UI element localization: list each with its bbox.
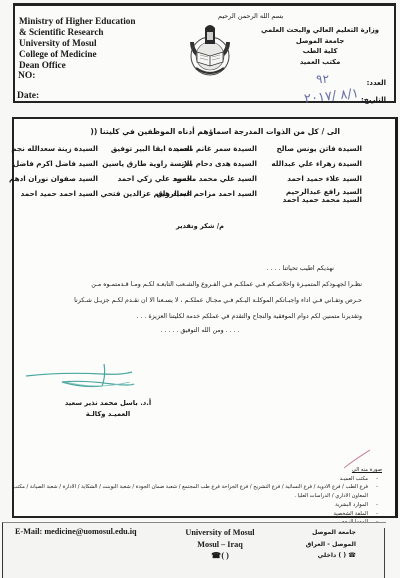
ministry-en-2: & Scientific Research bbox=[19, 27, 135, 38]
names-column-4: السيدة زينة سعدالله نجم السيد فاضل اكرم … bbox=[9, 141, 98, 201]
number-label-ar: العدد: bbox=[367, 79, 386, 87]
signature-block: أ.د. باسل محمد نذير سعيد العميـد وكالـة bbox=[60, 398, 156, 420]
paragraph-line: حـرص وتفـاني فـي اداء واجبـاتكم الموكلـة… bbox=[7, 293, 362, 309]
footer-phone-en: ☎( ) bbox=[175, 550, 265, 562]
letter-subject: م/ شكر وتقدير bbox=[0, 222, 400, 230]
ministry-en: Ministry of Higher Education bbox=[19, 16, 135, 27]
arabic-letterhead: وزارة التعليم العالي والبحث العلمي جامعة… bbox=[261, 25, 379, 67]
employee-name: السيد صفوان نوران ادهم bbox=[9, 171, 98, 186]
paragraph-line: نظـرا لجهـودكم المتميـزة واخلاصـكم فـي ع… bbox=[7, 277, 362, 293]
copy-to-list: صورة منه الى مكتب العميـد فرع الطب / فرع… bbox=[2, 466, 382, 527]
date-label-ar: التاريخ: bbox=[361, 96, 386, 104]
employee-name: السيدة زهراء علي عبدالله bbox=[271, 156, 362, 171]
footer-city-en: Mosul – Iraq bbox=[175, 539, 265, 551]
employee-name: السيد هيثم عزالدين فتحي bbox=[100, 186, 192, 201]
university-en: University of Mosul bbox=[19, 38, 135, 49]
college-en: College of Medicine bbox=[19, 49, 135, 60]
number-label-en: NO: bbox=[18, 71, 35, 81]
signer-title: العميـد وكالـة bbox=[60, 409, 156, 420]
handwritten-number: ٩٢ bbox=[316, 72, 329, 86]
employee-name: السيد احمد حميد احمد bbox=[9, 186, 98, 201]
english-letterhead: Ministry of Higher Education & Scientifi… bbox=[19, 16, 135, 71]
closing-line: . . . . ومن الله التوفيق . . . . . bbox=[0, 327, 400, 334]
employee-name: الانسة راوية طارق ياسين bbox=[100, 156, 192, 171]
footer-address-ar: جامعة الموصل الموصل - العراق ☎ ( ) داخلي bbox=[306, 527, 356, 562]
names-column-3: السيدة ابقا البير توفيق الانسة راوية طار… bbox=[100, 141, 192, 201]
copy-to-item: مكتب العميـد bbox=[2, 475, 382, 484]
ministry-ar: وزارة التعليم العالي والبحث العلمي bbox=[261, 25, 379, 36]
addressee-line: الى / كل من الذوات المدرجة اسماؤهم أدناه… bbox=[90, 127, 340, 136]
paragraph-line: وتقديرنا متمنين لكم دوام الموفقية والنجا… bbox=[7, 309, 362, 325]
footer-divider bbox=[384, 528, 385, 578]
footer-university-ar: جامعة الموصل bbox=[306, 527, 356, 539]
names-column-1: السيدة فاتن يونس صالح السيدة زهراء علي ع… bbox=[271, 141, 362, 204]
footer-email: E-Mail: medicine@uomosul.edu.iq bbox=[15, 527, 137, 536]
employee-name: السيد محمد حميد احمد bbox=[271, 195, 362, 204]
signature-icon bbox=[22, 362, 140, 392]
greeting: نهديكم اطيب تحياتنا . . . . bbox=[267, 265, 334, 272]
college-ar: كلية الطب bbox=[261, 46, 379, 57]
employee-name: السيدة ابقا البير توفيق bbox=[100, 141, 192, 156]
copy-to-item: الملفة الشخصية bbox=[2, 510, 382, 519]
copy-to-title: صورة منه الى bbox=[2, 466, 382, 475]
footer-university-en: University of Mosul bbox=[175, 527, 265, 539]
university-logo-icon bbox=[188, 22, 232, 82]
letter-paragraph: نظـرا لجهـودكم المتميـزة واخلاصـكم فـي ع… bbox=[7, 277, 362, 325]
employee-name: السيد فاضل اكرم فاضل bbox=[9, 156, 98, 171]
employee-name: السيدة فاتن يونس صالح bbox=[271, 141, 362, 156]
university-ar: جامعة الموصل bbox=[261, 36, 379, 47]
copy-to-item: فرع الطب / فرع الادوية / فرع النسائية / … bbox=[2, 483, 382, 501]
office-en: Dean Office bbox=[19, 60, 135, 71]
footer-city-ar: الموصل - العراق bbox=[306, 539, 356, 551]
basmala: بسم الله الرحمن الرحيم bbox=[218, 12, 283, 20]
signer-name: أ.د. باسل محمد نذير سعيد bbox=[60, 398, 156, 409]
footer-phone-ar: ☎ ( ) داخلي bbox=[306, 550, 356, 562]
office-ar: مكتب العميد bbox=[261, 57, 379, 68]
copy-to-item: الموارد البشرية bbox=[2, 501, 382, 510]
employee-name: السيد رافع عبدالرحيم bbox=[271, 186, 362, 195]
employee-name: السيدة زينة سعدالله نجم bbox=[9, 141, 98, 156]
date-label-en: Date: bbox=[17, 91, 39, 101]
employee-name: السيد علي زكي احمد bbox=[100, 171, 192, 186]
footer-address-en: University of Mosul Mosul – Iraq ☎( ) bbox=[175, 527, 265, 562]
employee-name: السيد علاء حميد احمد bbox=[271, 171, 362, 186]
